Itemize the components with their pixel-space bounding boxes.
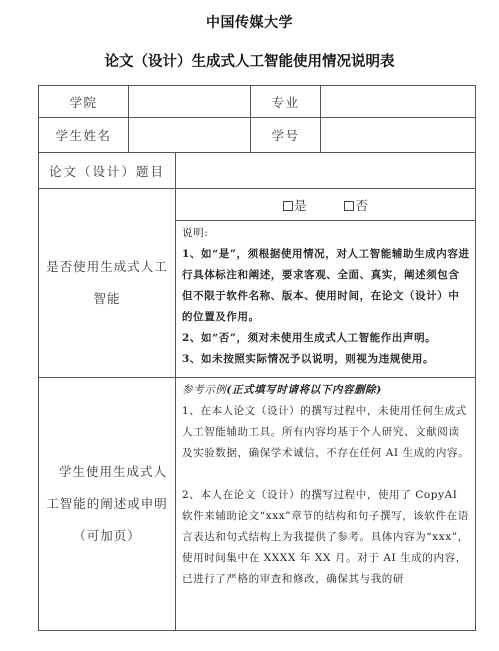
major-label: 专业 (251, 86, 321, 118)
option-yes[interactable]: 是 (283, 198, 307, 213)
form-title: 论文（设计）生成式人工智能使用情况说明表 (0, 50, 499, 71)
university-name: 中国传媒大学 (0, 12, 499, 32)
yes-checkbox[interactable] (283, 201, 293, 211)
statement-label: 学生使用生成式人 工智能的阐述或申明 （可加页） (39, 378, 176, 631)
statement-label-line3: （可加页） (39, 520, 175, 552)
statement-label-line2: 工智能的阐述或申明 (39, 488, 175, 520)
instruction-item-1: 1、如“是”，须根据使用情况，对人工智能辅助生成内容进行具体标注和阐述，要求客观… (182, 244, 470, 328)
no-checkbox[interactable] (344, 201, 354, 211)
statement-field[interactable]: 参考示例(正式填写时请将以下内容删除) 1、在本人论文（设计）的撰写过程中，未使… (176, 378, 476, 631)
statement-label-line1: 学生使用生成式人 (39, 456, 175, 488)
student-name-field[interactable] (129, 118, 251, 153)
instructions-heading: 说明: (182, 223, 470, 244)
instruction-item-2: 2、如“否”，须对未使用生成式人工智能作出声明。 (182, 328, 470, 349)
thesis-title-field[interactable] (176, 153, 476, 189)
ai-usage-form-table: 学院 专业 学生姓名 学号 论文（设计）题目 是否使用生成式人工 智能 是 否 … (38, 85, 476, 631)
example-item-2: 2、本人在论文（设计）的撰写过程中，使用了 CopyAI 软件来辅助论文“xxx… (182, 485, 470, 590)
example-item-1: 1、在本人论文（设计）的撰写过程中，未使用任何生成式人工智能辅助工具。所有内容均… (182, 401, 470, 464)
option-yes-label: 是 (294, 198, 307, 213)
thesis-title-label: 论文（设计）题目 (39, 153, 176, 189)
major-field[interactable] (321, 86, 476, 118)
instruction-item-3: 3、如未按照实际情况予以说明，则视为违规使用。 (182, 349, 470, 370)
college-label: 学院 (39, 86, 129, 118)
option-no[interactable]: 否 (344, 198, 368, 213)
ai-use-label-line2: 智能 (39, 283, 175, 315)
college-field[interactable] (129, 86, 251, 118)
option-no-label: 否 (355, 198, 368, 213)
student-name-label: 学生姓名 (39, 118, 129, 153)
ai-use-question-label: 是否使用生成式人工 智能 (39, 189, 176, 378)
student-id-label: 学号 (251, 118, 321, 153)
instructions-cell: 说明: 1、如“是”，须根据使用情况，对人工智能辅助生成内容进行具体标注和阐述，… (176, 221, 476, 378)
ai-use-label-line1: 是否使用生成式人工 (39, 251, 175, 283)
example-heading: 参考示例(正式填写时请将以下内容删除) (182, 380, 470, 401)
student-id-field[interactable] (321, 118, 476, 153)
ai-use-options: 是 否 (176, 189, 476, 221)
